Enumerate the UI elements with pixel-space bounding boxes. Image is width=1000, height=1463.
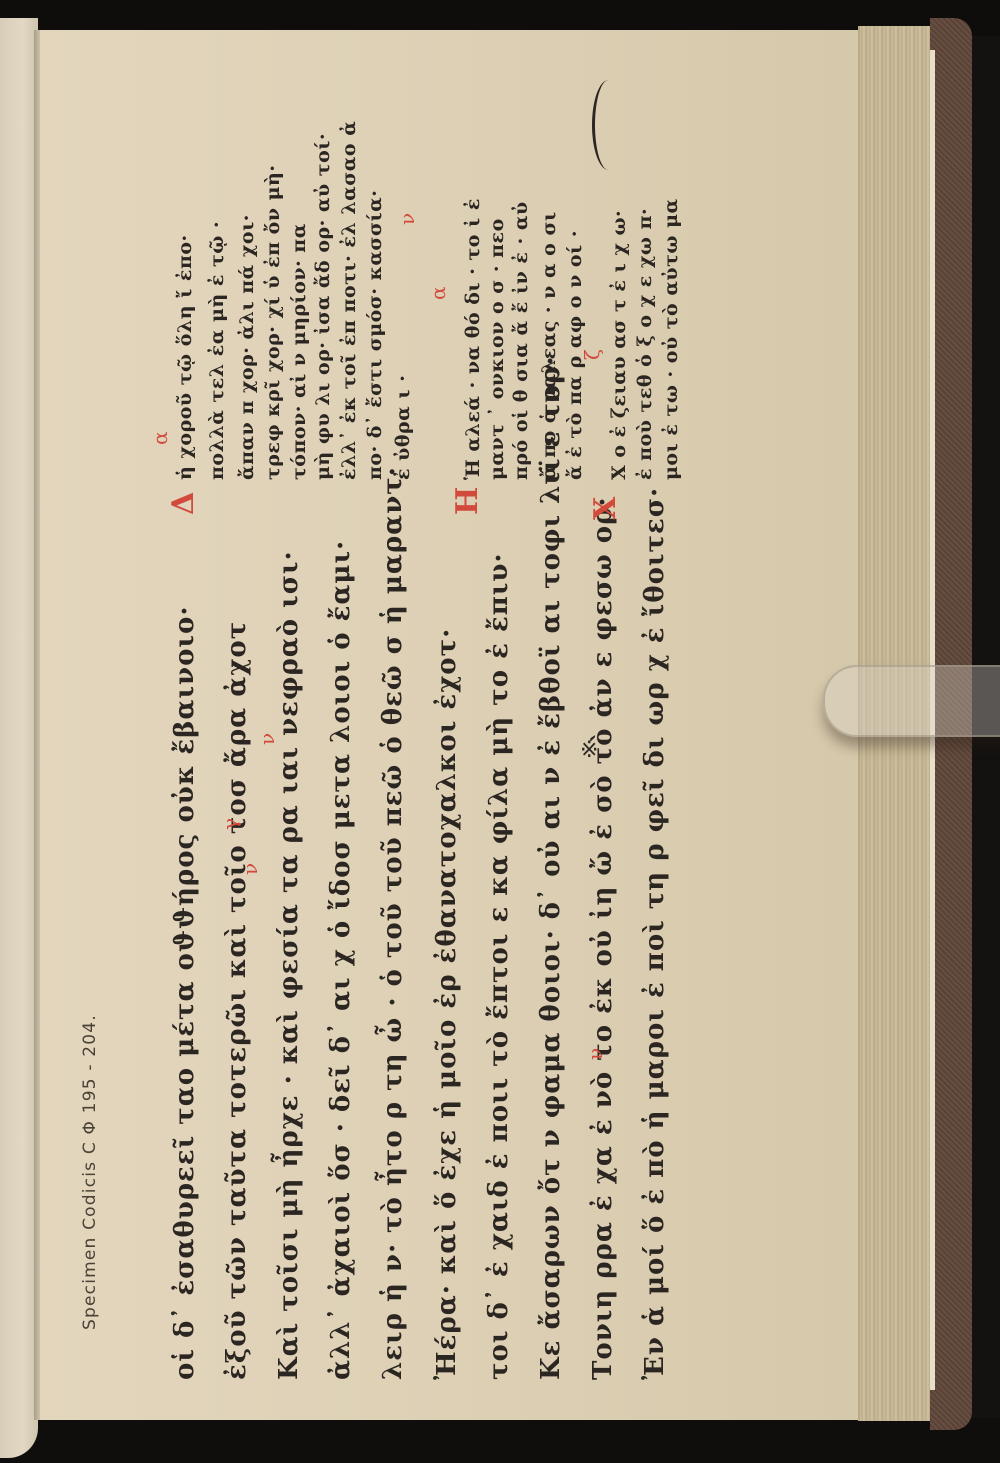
main-line-7: τοι δ᾽ ἐ χαιδ ἐ ποιι τὸ ἔπτοι ε κα φίλα … (484, 553, 514, 1380)
scholia-line-5: τόπον· αἰ ν μηρίον· πα (288, 223, 310, 480)
scholia-line-11: μαντ ᾽ ονκιον ο σ · πεο (486, 218, 508, 480)
main-line-1: οἱ δ᾽ ἐσαθυρεεῖ ταο μέτα οϑϑήρος οὐκ ἔβα… (170, 606, 200, 1380)
main-line-9: Τονιη ρρα ἐ χα ἐ νὸ το ἐκ οὐ ἰη ὤ ἐ σὸ τ… (588, 497, 618, 1380)
red-mark: ν (395, 213, 419, 225)
main-line-10: Ἐν ἁ μοί ὅ ἐ πὸ ἡ μαροι ἐ ποὶ τη ρ φεῖ δ… (640, 487, 670, 1380)
asterisk-mark: ※ (580, 738, 598, 763)
scholia-line-4: τρεφ κρῖ χορ· χί ὑ ἐπ ὄν μὴ· (262, 165, 284, 480)
red-mark: α (148, 431, 172, 445)
plate-caption: Specimen Codicis C Φ 195 - 204. (80, 1014, 100, 1330)
main-line-3: Καὶ τοῖσι μὴ ἦρχε · καὶ φεσία τα ρα ιαι … (274, 550, 304, 1380)
red-mark: ν (583, 1048, 607, 1060)
main-line-6: Ἠέρα· καὶ ὅ ἐχε ἡ μοῖο ἐρ ἐθανατοχαλκοι … (432, 628, 462, 1380)
main-line-4: ἀλλ᾽ ἀχαιοὶ ὅσ · δεῖ δ᾽ αι χ ὁ ἴδοσ μετα… (326, 540, 356, 1380)
red-mark: ν (255, 733, 279, 745)
scholia-line-16: ἐ ποὺ τεθ ὁ ξ ο χ ε χω π· (634, 208, 656, 480)
red-mark: ν (238, 863, 262, 875)
scholia-line-1: ἡ χοροῦ τῷ ὅλη ἴ ἐπο· (174, 234, 196, 480)
background-bottom (0, 1418, 1000, 1463)
red-initial-chi: Χ (588, 497, 623, 520)
scholia-line-15: Χ ο ἐ ζειαυ ασ τ ἐ ι χ ω· (608, 210, 630, 480)
red-initial-delta: Δ (166, 492, 201, 515)
scholia-line-6: μὴ φυ λι ορ· ἰσα ἄδ ορ· αὐ τοί· (312, 133, 334, 480)
main-line-8: Κε ἄσαρων ὄτ ν φαμα θοιοι· δ᾽ οὐ αι ν ἐ … (536, 355, 566, 1380)
scholia-line-8: πο· δ᾽ ἔστι σμόσ· κασσία· (364, 190, 386, 480)
scholia-line-2: πολλὰ τελ ἐα μὴ ἐ τῷ · (206, 221, 228, 480)
main-line-5: λειρ ἡ ν· τὸ ἦτο ρ τη ὦ · ὁ τοῦ τοῦ πεῶ … (378, 466, 408, 1380)
red-initial-eta: Η (450, 487, 485, 515)
red-mark: ζ (580, 349, 604, 360)
main-line-2: ἐξοῦ τῶν ταῦτα τοτερῶι καὶ τοῖο τοσ ἄρα … (222, 621, 252, 1380)
bracket-mark (592, 80, 625, 170)
scholia-line-17: μοι ἐ τω · οὐ τὸ αὐτω μα (660, 198, 682, 480)
page-holder-clip (823, 665, 1000, 737)
scholia-line-12: πρό οἱ θ σια ἄ ἔ ἰν ἐ · αὐ (510, 201, 532, 480)
facing-page-edge (0, 18, 38, 1458)
scholia-line-10: Ἡ αλεά · να θό δι · το ἰ ἐ (462, 198, 484, 480)
red-mark: γ (218, 818, 242, 830)
book-photograph: Specimen Codicis C Φ 195 - 204. οἱ δ᾽ ἐσ… (0, 0, 1000, 1463)
red-mark: α (426, 286, 450, 300)
scholia-line-7: ἐλλ᾽ ἐκ τοῖ ἐπ ποτι· ἐλ λασαο ἀ (338, 121, 360, 480)
scholia-line-13: ἄ πο ὁ μαλεας · ν α ο σι (538, 211, 560, 480)
scholia-line-3: ἄπαν π χορ· ἀλι πά χοι· (236, 214, 258, 480)
scholia-line-9: ἐ ὐθρα ι · (392, 375, 414, 480)
